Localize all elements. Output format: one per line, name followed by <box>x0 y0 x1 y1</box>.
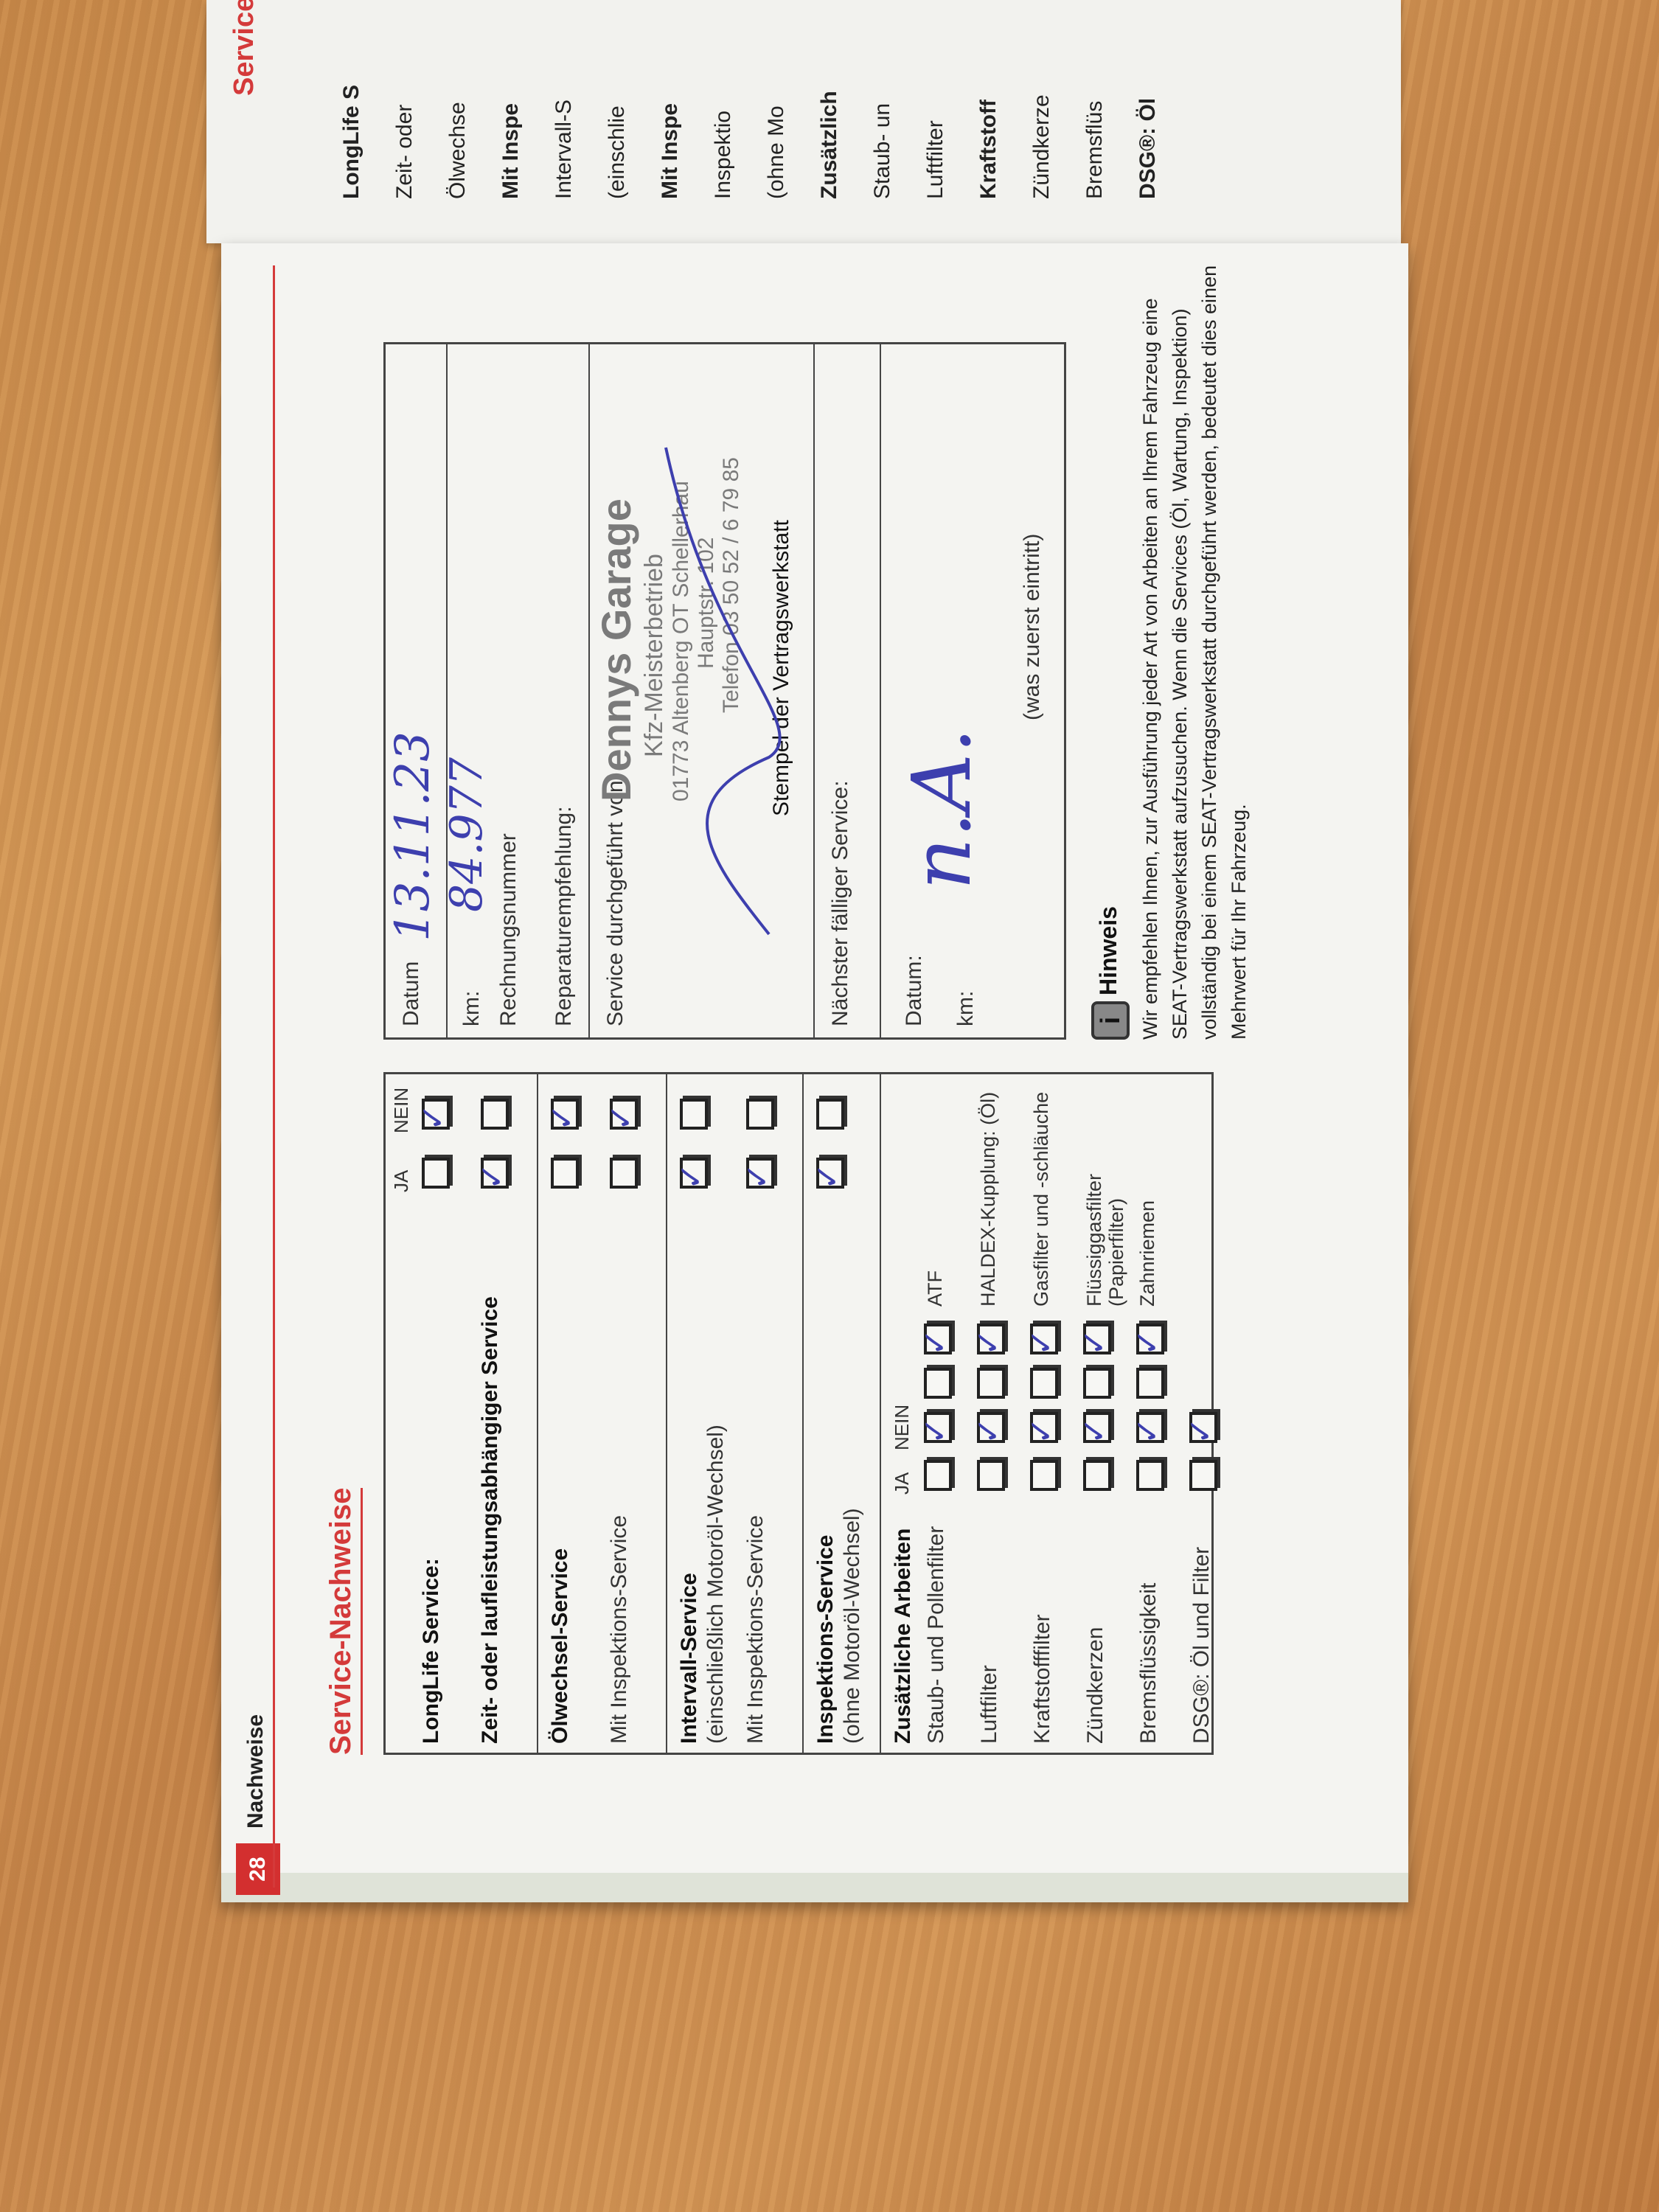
next-page-row-label: Staub- un <box>870 0 895 199</box>
next-page-row-label: (einschlie <box>605 0 630 199</box>
additional-item-label: Staub- und Pollenfilter <box>924 1526 949 1744</box>
next-page-row: LongLife S <box>339 0 383 199</box>
next-page: Service- LongLife SZeit- oderÖlwechseMit… <box>206 0 1401 243</box>
km-value[interactable]: 84.977 <box>441 757 493 912</box>
page-title: Service-Nachweise <box>324 1488 363 1755</box>
check-mark: ✓ <box>672 1163 710 1190</box>
checkbox-ja[interactable] <box>551 1158 579 1189</box>
additional-col-ja: JA <box>891 1472 914 1495</box>
checkbox-nein[interactable]: ✓ <box>977 1412 1005 1443</box>
next-page-row: (ohne Mo <box>764 0 808 199</box>
checkbox-ja[interactable] <box>1030 1460 1058 1491</box>
checkbox-ja[interactable] <box>1136 1368 1164 1399</box>
service-label: Zeit- oder laufleistungsabhängiger Servi… <box>478 1296 503 1744</box>
next-page-row: DSG®: Öl <box>1135 0 1180 199</box>
check-mark: ✓ <box>809 1163 846 1190</box>
next-page-row: Zündkerze <box>1029 0 1074 199</box>
next-page-row: Inspektio <box>711 0 755 199</box>
next-page-row: Luftfilter <box>923 0 967 199</box>
additional-item-label: Zündkerzen <box>1083 1627 1108 1744</box>
service-label: LongLife Service: <box>419 1558 444 1744</box>
service-table: JANEINLongLife Service:✓Zeit- oder laufl… <box>383 1072 1214 1755</box>
checkbox-nein[interactable]: ✓ <box>1083 1412 1111 1443</box>
checkbox-nein[interactable]: ✓ <box>977 1324 1005 1354</box>
checkbox-ja[interactable] <box>1030 1368 1058 1399</box>
checkbox-ja[interactable] <box>924 1460 952 1491</box>
record-box: Datum 13.11.23 km: 84.977 Rechnungsnumme… <box>383 342 1066 1040</box>
next-page-row-label: DSG®: Öl <box>1135 0 1161 199</box>
next-service-label: Nächster fälliger Service: <box>828 781 853 1026</box>
next-page-row-label: Inspektio <box>711 0 736 199</box>
checkbox-nein[interactable]: ✓ <box>1083 1324 1111 1354</box>
info-icon: i <box>1091 1001 1130 1040</box>
col-ja-header: JA <box>390 1170 413 1192</box>
next-page-row: Ölwechse <box>445 0 490 199</box>
additional-item-label: DSG®: Öl und Filter <box>1189 1547 1214 1744</box>
datum-label: Datum <box>399 961 424 1026</box>
group-divider <box>537 1074 538 1753</box>
additional-work-title: Zusätzliche Arbeiten <box>891 1528 916 1744</box>
next-page-row: Intervall-S <box>552 0 596 199</box>
section-header: Nachweise <box>243 1714 268 1829</box>
check-mark: ✓ <box>917 1329 954 1356</box>
check-mark: ✓ <box>1129 1417 1166 1444</box>
next-service-handwritten[interactable]: n.A. <box>894 728 989 890</box>
check-mark: ✓ <box>1129 1329 1166 1356</box>
checkbox-nein[interactable]: ✓ <box>1136 1412 1164 1443</box>
checkbox-nein[interactable]: ✓ <box>924 1412 952 1443</box>
next-page-row-label: Mit Inspe <box>658 0 683 199</box>
checkbox-ja[interactable] <box>422 1158 450 1189</box>
checkbox-nein[interactable]: ✓ <box>422 1099 450 1130</box>
check-mark: ✓ <box>543 1104 581 1131</box>
invoice-label: Rechnungsnummer <box>496 833 521 1026</box>
additional-item-label: ATF <box>924 1085 946 1307</box>
next-km-label: km: <box>953 991 978 1026</box>
next-page-row: Zeit- oder <box>392 0 437 199</box>
next-page-row: Mit Inspe <box>658 0 702 199</box>
group-divider <box>802 1074 804 1753</box>
checkbox-nein[interactable]: ✓ <box>1189 1412 1217 1443</box>
next-page-row-label: Intervall-S <box>552 0 577 199</box>
check-mark: ✓ <box>970 1417 1007 1444</box>
check-mark: ✓ <box>970 1329 1007 1356</box>
additional-item-label: HALDEX-Kupplung: (Öl) <box>977 1085 999 1307</box>
checkbox-nein[interactable] <box>680 1099 708 1130</box>
next-page-row-label: Kraftstoff <box>976 0 1001 199</box>
next-page-row: Zusätzlich <box>817 0 861 199</box>
checkbox-ja[interactable] <box>610 1158 638 1189</box>
checkbox-ja[interactable] <box>924 1368 952 1399</box>
checkbox-nein[interactable]: ✓ <box>1030 1412 1058 1443</box>
checkbox-ja[interactable] <box>1189 1460 1217 1491</box>
group-divider <box>880 1074 881 1753</box>
next-page-row-label: Mit Inspe <box>498 0 524 199</box>
next-page-row-label: Zeit- oder <box>392 0 417 199</box>
checkbox-nein[interactable] <box>746 1099 774 1130</box>
check-mark: ✓ <box>1023 1417 1060 1444</box>
next-page-row-label: Zündkerze <box>1029 0 1054 199</box>
check-mark: ✓ <box>414 1104 452 1131</box>
service-label: Mit Inspektions-Service <box>607 1515 632 1744</box>
checkbox-nein[interactable]: ✓ <box>924 1324 952 1354</box>
next-page-row: Mit Inspe <box>498 0 543 199</box>
service-sublabel: (ohne Motoröl-Wechsel) <box>840 1508 865 1744</box>
additional-item-label: Bremsflüssigkeit <box>1136 1583 1161 1744</box>
additional-item-label: Kraftstofffilter <box>1030 1614 1055 1744</box>
checkbox-nein[interactable]: ✓ <box>610 1099 638 1130</box>
check-mark: ✓ <box>1023 1329 1060 1356</box>
page-content: 28 Nachweise Service-Nachweise JANEINLon… <box>236 243 1408 1888</box>
km-label: km: <box>459 991 484 1026</box>
checkbox-nein[interactable] <box>816 1099 844 1130</box>
checkbox-ja[interactable] <box>1083 1460 1111 1491</box>
next-page-row-label: Bremsflüs <box>1082 0 1107 199</box>
check-mark: ✓ <box>1182 1417 1220 1444</box>
checkbox-ja[interactable]: ✓ <box>680 1158 708 1189</box>
checkbox-nein[interactable] <box>481 1099 509 1130</box>
checkbox-nein[interactable]: ✓ <box>551 1099 579 1130</box>
additional-item-label: Flüssiggasfilter (Papierfilter) <box>1083 1085 1127 1307</box>
additional-col-nein: NEIN <box>891 1405 914 1450</box>
check-mark: ✓ <box>917 1417 954 1444</box>
check-mark: ✓ <box>1076 1329 1113 1356</box>
checkbox-ja[interactable]: ✓ <box>746 1158 774 1189</box>
checkbox-nein[interactable]: ✓ <box>1030 1324 1058 1354</box>
checkbox-ja[interactable] <box>977 1368 1005 1399</box>
checkbox-nein[interactable]: ✓ <box>1136 1324 1164 1354</box>
additional-item-label: Zahnriemen <box>1136 1085 1158 1307</box>
next-page-row: Kraftstoff <box>976 0 1020 199</box>
checkbox-ja[interactable]: ✓ <box>816 1158 844 1189</box>
check-mark: ✓ <box>473 1163 511 1190</box>
service-label: Ölwechsel-Service <box>548 1548 573 1744</box>
next-page-row-label: LongLife S <box>339 0 364 199</box>
repair-recommendation-label: Reparaturempfehlung: <box>552 806 577 1026</box>
next-page-row-label: Luftfilter <box>923 0 948 199</box>
next-page-row: (einschlie <box>605 0 649 199</box>
next-page-title: Service- <box>229 0 260 96</box>
next-page-row: Bremsflüs <box>1082 0 1127 199</box>
checkbox-ja[interactable] <box>1083 1368 1111 1399</box>
hinweis-text: Wir empfehlen Ihnen, zur Ausführung jede… <box>1135 258 1253 1040</box>
next-page-row: Staub- un <box>870 0 914 199</box>
service-label: Mit Inspektions-Service <box>743 1515 768 1744</box>
next-page-row-label: Zusätzlich <box>817 0 842 199</box>
signature-mark <box>622 433 799 949</box>
check-mark: ✓ <box>1076 1417 1113 1444</box>
datum-value[interactable]: 13.11.23 <box>386 731 440 942</box>
check-mark: ✓ <box>602 1104 640 1131</box>
next-page-row-label: (ohne Mo <box>764 0 789 199</box>
col-nein-header: NEIN <box>390 1088 413 1133</box>
next-page-row-label: Ölwechse <box>445 0 470 199</box>
checkbox-ja[interactable] <box>1136 1460 1164 1491</box>
service-label: Inspektions-Service <box>813 1535 838 1744</box>
checkbox-ja[interactable] <box>977 1460 1005 1491</box>
service-sublabel: (einschließlich Motoröl-Wechsel) <box>703 1425 728 1744</box>
service-label: Intervall-Service <box>677 1573 702 1744</box>
whichever-first-note: (was zuerst eintritt) <box>1020 534 1045 720</box>
next-datum-label: Datum: <box>902 955 927 1026</box>
header-rule <box>273 265 275 1888</box>
additional-item-label: Gasfilter und -schläuche <box>1030 1085 1052 1307</box>
additional-item-label: Luftfilter <box>977 1665 1002 1744</box>
group-divider <box>666 1074 667 1753</box>
checkbox-ja[interactable]: ✓ <box>481 1158 509 1189</box>
check-mark: ✓ <box>739 1163 776 1190</box>
hinweis-title: Hinweis <box>1095 906 1122 995</box>
